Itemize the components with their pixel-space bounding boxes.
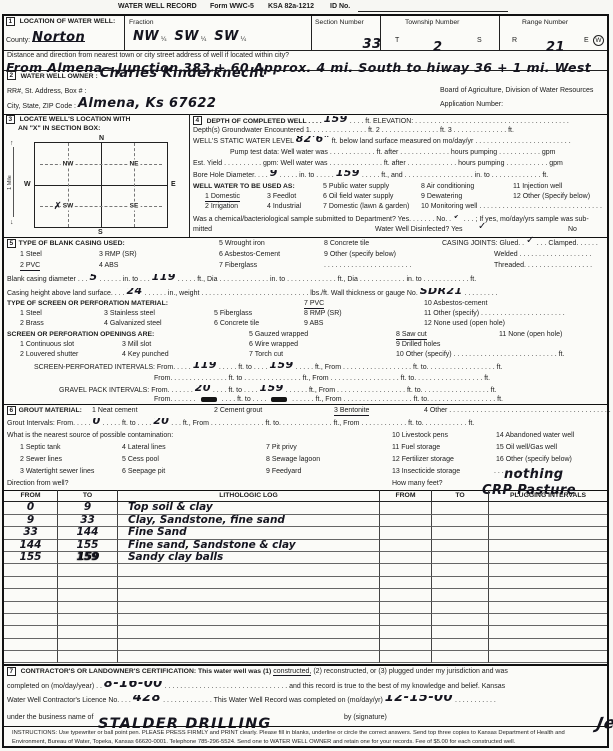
direction-row: Direction from well? How many feet? CRP …: [4, 479, 607, 490]
range-label: Range Number: [522, 18, 568, 27]
id-number-blank: [358, 4, 508, 12]
distance-row: Distance and direction from nearest town…: [4, 50, 607, 71]
option-oil-gas-well: 15 Oil well/Gas well: [496, 443, 557, 452]
page-title: WATER WELL RECORD: [118, 2, 197, 11]
screen-intervals-suffix: . . . . . ft., From . . . . . . . . . . …: [296, 364, 503, 371]
section-number-cell: Section Number 33: [312, 16, 381, 50]
city-state-zip-label: City, State, ZIP Code :: [7, 103, 76, 110]
south-label: S: [98, 228, 103, 237]
section-1-number: 1: [6, 17, 15, 26]
option-concrete-tile: 8 Concrete tile: [324, 239, 369, 248]
table-header: FROM: [380, 490, 432, 502]
contamination-question: What is the nearest source of possible c…: [7, 431, 173, 440]
instructions-footer: INSTRUCTIONS: Use typewriter or ball poi…: [4, 726, 607, 749]
grout-intervals-suffix: . . . ft., From . . . . . . . . . . . . …: [171, 420, 474, 427]
gravel-pack-mid: . . . . ft. to . . . .: [213, 387, 258, 394]
plugging-cell: [489, 651, 607, 663]
certification-title: CONTRACTOR'S OR LANDOWNER'S CERTIFICATIO…: [21, 668, 272, 675]
range-cell: Range Number R 21 E W: [500, 16, 607, 50]
plugging-fromto-cell: [380, 651, 432, 663]
casing-height-value: 24: [126, 288, 142, 294]
plugging-fromto-cell: [380, 602, 432, 614]
option-abandoned-well: 14 Abandoned water well: [496, 431, 574, 440]
lith-cell: [118, 614, 380, 626]
township-t-label: T: [395, 36, 399, 45]
lith-cell: 144: [58, 527, 118, 539]
elevation-label: . . . . ft. ELEVATION: . . . . . . . . .…: [350, 118, 569, 125]
bore-hole-mid: . . . . . in. to . . . . .: [280, 172, 334, 179]
option-none-screen: 12 None used (open hole): [424, 319, 505, 328]
section-7-certification: 7 CONTRACTOR'S OR LANDOWNER'S CERTIFICAT…: [4, 664, 607, 726]
fraction-2-value: SW: [174, 33, 199, 40]
sw-quadrant-label: SW: [61, 202, 75, 211]
option-asbestos-cement: 6 Asbestos-Cement: [219, 250, 280, 259]
screen-material-row3: 2 Brass 4 Galvanized steel 6 Concrete ti…: [4, 319, 607, 329]
plugging-cell: [489, 589, 607, 601]
plugging-fromto-cell: [380, 626, 432, 638]
application-number-label: Application Number:: [440, 101, 503, 108]
lith-cell: [118, 639, 380, 651]
gravel-pack-row2-a: From. . . . . . .: [154, 396, 196, 403]
plugging-fromto-cell: [432, 577, 489, 589]
bore-diameter-value: 9: [270, 170, 278, 176]
grout-intervals-label: Grout Intervals: From. . . . .: [7, 420, 91, 427]
screen-material-row2: 1 Steel 3 Stainless steel 5 Fiberglass 8…: [4, 309, 607, 319]
lith-cell: 9: [58, 502, 118, 514]
dashed-line: [40, 164, 161, 165]
plugging-cell: [489, 626, 607, 638]
bore-hole-suffix: . . . . . ft., and . . . . . . . . . . .…: [362, 172, 548, 179]
gravel-pack-row2-b: . . . . ft. to . . . .: [222, 396, 267, 403]
openings-row1: SCREEN OR PERFORATION OPENINGS ARE: 5 Ga…: [4, 330, 607, 340]
plugging-cell: [489, 552, 607, 564]
form-body: 1 LOCATION OF WATER WELL: County: Norton…: [2, 14, 609, 748]
option-sewage-lagoon: 8 Sewage lagoon: [266, 455, 320, 464]
se-quadrant-label: SE: [128, 202, 141, 211]
contamination-row3: 2 Sewer lines 5 Cess pool 8 Sewage lagoo…: [4, 455, 607, 466]
option-pvc-screen-selected: 7 PVC: [304, 299, 324, 309]
plugging-fromto-cell: [432, 589, 489, 601]
water-well-record-form: WATER WELL RECORD Form WWC-5 KSA 82a-121…: [0, 0, 613, 751]
city-state-zip-value: Almena, Ks 67622: [78, 100, 216, 107]
openings-row2: 1 Continuous slot 3 Mill slot 6 Wire wra…: [4, 340, 607, 350]
plugging-fromto-cell: [380, 577, 432, 589]
township-s-label: S: [477, 36, 482, 45]
option-monitoring-well: 10 Monitoring well . . . . . . . . . . .…: [421, 202, 602, 211]
option-mill-slot: 3 Mill slot: [122, 340, 151, 349]
option-seepage-pit: 6 Seepage pit: [122, 467, 165, 476]
lith-cell: [4, 602, 58, 614]
gravel-pack-from-value: 20: [195, 385, 211, 391]
contamination-row2: 1 Septic tank 4 Lateral lines 7 Pit priv…: [4, 443, 607, 454]
option-irrigation: 2 Irrigation: [205, 202, 238, 211]
plugging-fromto-cell: [380, 527, 432, 539]
owner-label: WATER WELL OWNER :: [21, 73, 98, 80]
screen-material-row1: TYPE OF SCREEN OR PERFORATION MATERIAL: …: [4, 299, 607, 309]
licence-number-label: Water Well Contractor's Licence No. . . …: [7, 697, 131, 704]
plugging-fromto-cell: [432, 502, 489, 514]
section-4-depth: 4 DEPTH OF COMPLETED WELL . . . . 159 . …: [190, 114, 607, 237]
static-level-value: 82'6": [296, 136, 330, 142]
option-insecticide-storage: 13 Insecticide storage: [392, 467, 460, 476]
lith-cell: [58, 577, 118, 589]
option-watertight-sewer: 3 Watertight sewer lines: [20, 467, 94, 476]
option-domestic-selected: 1 Domestic: [205, 192, 240, 202]
section-3-locate: 3 LOCATE WELL'S LOCATION WITH AN "X" IN …: [4, 114, 190, 237]
lith-cell: [4, 577, 58, 589]
id-number-label: ID No.: [330, 2, 350, 11]
option-pvc-casing-selected: 2 PVC: [20, 261, 40, 271]
gravel-pack-suffix: . . . . . . ft., From . . . . . . . . . …: [286, 387, 497, 394]
option-wrought-iron: 5 Wrought iron: [219, 239, 265, 248]
blank-casing-mid: . . . . . . in. to . . .: [100, 276, 150, 283]
screen-material-title: TYPE OF SCREEN OR PERFORATION MATERIAL:: [7, 299, 168, 308]
lith-cell: [4, 651, 58, 663]
nw-quadrant-label: NW: [61, 160, 76, 169]
section-3-number: 3: [6, 115, 15, 124]
option-gauzed-wrapped: 5 Gauzed wrapped: [249, 330, 308, 339]
signature-label: by (signature): [344, 713, 387, 722]
certification-line2-cont: . . . . . . . . . . . . . . . . . . . . …: [165, 683, 505, 690]
lith-cell: [4, 614, 58, 626]
section-5-number: 5: [7, 239, 16, 248]
contamination-row1: What is the nearest source of possible c…: [4, 431, 607, 442]
plugging-fromto-cell: [432, 552, 489, 564]
fraction-label: Fraction: [129, 18, 154, 27]
bore-depth-value: 159: [336, 170, 360, 176]
township-cell: Township Number T 2 S: [381, 16, 500, 50]
section-number-label: Section Number: [315, 18, 364, 27]
plugging-fromto-cell: [432, 651, 489, 663]
option-cement-grout: 2 Cement grout: [214, 406, 262, 415]
range-e-label: E: [584, 36, 589, 45]
licence-number-value: 428: [133, 695, 161, 701]
option-cess-pool: 5 Cess pool: [122, 455, 159, 464]
option-feedyard: 9 Feedyard: [266, 467, 301, 476]
lith-cell: [118, 602, 380, 614]
openings-title: SCREEN OR PERFORATION OPENINGS ARE:: [7, 330, 154, 339]
other-casing-blank: . . . . . . . . . . . . . . . . . . . . …: [324, 261, 412, 270]
plugging-fromto-cell: [432, 527, 489, 539]
plugging-fromto-cell: [380, 540, 432, 552]
option-fuel-storage: 11 Fuel storage: [392, 443, 440, 452]
groundwater-line: Depth(s) Groundwater Encountered 1. . . …: [193, 127, 514, 134]
option-steel-casing: 1 Steel: [20, 250, 42, 259]
lith-cell: 155: [4, 552, 58, 564]
ksa-statute: KSA 82a-1212: [268, 2, 314, 11]
casing-height-mid: . . . . . . in., weight . . . . . . . . …: [145, 290, 418, 297]
casing-row1: 5TYPE OF BLANK CASING USED: 5 Wrought ir…: [4, 239, 607, 250]
plugging-cell: [489, 577, 607, 589]
used-as-row2: 1 Domestic 3 Feedlot 6 Oil field water s…: [190, 192, 607, 202]
checkmark-icon: ✓: [478, 223, 487, 230]
completed-on-label: completed on (mo/day/year) . .: [7, 683, 102, 690]
blank-casing-label: Blank casing diameter . . .: [7, 276, 88, 283]
gravel-pack-to-value: 159: [260, 385, 284, 391]
scribble-mark: [201, 397, 217, 402]
casing-joints-welded-label: Welded . . . . . . . . . . . . . . . . .…: [494, 250, 592, 259]
option-rmp-screen: 8 RMP (SR): [304, 309, 342, 318]
casing-height-suffix: . . . . . . . . .: [465, 290, 498, 297]
option-other-opening: 10 Other (specify) . . . . . . . . . . .…: [396, 350, 564, 359]
lithologic-log-section: FROMTOLITHOLOGIC LOGFROMTOPLUGGING INTER…: [4, 490, 607, 666]
option-torch-cut: 7 Torch cut: [249, 350, 283, 359]
county-cell: 1 LOCATION OF WATER WELL: County: Norton: [4, 16, 125, 50]
option-concrete-screen: 6 Concrete tile: [214, 319, 259, 328]
option-lateral-lines: 4 Lateral lines: [122, 443, 166, 452]
range-r-label: R: [512, 36, 517, 45]
section-box-square: NW NE SW SE ✗: [34, 142, 168, 228]
used-as-row3: 2 Irrigation 4 Industrial 7 Domestic (la…: [190, 202, 607, 212]
blank-casing-diameter-value: 5: [90, 274, 98, 280]
lith-cell: [58, 564, 118, 576]
option-dewatering: 9 Dewatering: [421, 192, 462, 201]
option-other-contamination: 16 Other (specify below): [496, 455, 572, 464]
used-as-title: WELL WATER TO BE USED AS:: [193, 182, 295, 191]
option-air-conditioning: 8 Air conditioning: [421, 182, 474, 191]
option-stainless-screen: 3 Stainless steel: [104, 309, 155, 318]
bore-hole-label: Bore Hole Diameter. . . .: [193, 172, 268, 179]
gravel-pack-label: GRAVEL PACK INTERVALS: From. . . . . . .: [59, 387, 193, 394]
instructions-line1: INSTRUCTIONS: Use typewriter or ball poi…: [12, 729, 599, 738]
option-other-casing: 9 Other (specify below): [324, 250, 396, 259]
form-header: WATER WELL RECORD Form WWC-5 KSA 82a-121…: [0, 2, 613, 14]
blank-casing-suffix: . . . . . ft., Dia . . . . . . . . . . .…: [178, 276, 476, 283]
chem-sample-question: Was a chemical/bacteriological sample su…: [193, 216, 451, 223]
dashed-line: [68, 143, 69, 227]
option-drilled-holes: 9 Drilled holes: [396, 340, 440, 349]
blank-casing-depth-value: 119: [152, 274, 176, 280]
casing-row3: 2 PVC 4 ABS 7 Fiberglass . . . . . . . .…: [4, 261, 607, 272]
option-other-use: 12 Other (Specify below): [513, 192, 590, 201]
section-6-grout: 6GROUT MATERIAL: 1 Neat cement 2 Cement …: [4, 404, 607, 491]
plugging-fromto-cell: [432, 602, 489, 614]
plugging-fromto-cell: [432, 626, 489, 638]
option-key-punched: 4 Key punched: [122, 350, 169, 359]
option-domestic-lawn: 7 Domestic (lawn & garden): [323, 202, 409, 211]
mile-label: 1 Mile: [6, 175, 15, 190]
lith-cell: [118, 651, 380, 663]
lith-cell: Top soil & clay: [118, 502, 380, 514]
lith-cell: [118, 626, 380, 638]
plugging-cell: [489, 602, 607, 614]
option-none-open-hole: 11 None (open hole): [499, 330, 562, 339]
lith-cell: [4, 639, 58, 651]
casing-row2: 1 Steel 3 RMP (SR) 6 Asbestos-Cement 9 O…: [4, 250, 607, 261]
ne-quadrant-label: NE: [127, 160, 140, 169]
section-7-number: 7: [7, 667, 16, 676]
option-feedlot: 3 Feedlot: [267, 192, 296, 201]
lith-cell: [58, 589, 118, 601]
instructions-line2: Environment, Bureau of Water, Topeka, Ka…: [12, 738, 599, 747]
lith-cell: [4, 589, 58, 601]
option-other-screen: 11 Other (specify) . . . . . . . . . . .…: [424, 309, 565, 318]
lith-cell: [58, 626, 118, 638]
option-continuous-slot: 1 Continuous slot: [20, 340, 74, 349]
county-value: Norton: [32, 34, 85, 42]
quarter-glyph: ¼: [241, 36, 246, 43]
option-saw-cut-selected: 8 Saw cut: [396, 330, 427, 340]
board-of-agriculture-text: Board of Agriculture, Division of Water …: [440, 87, 593, 94]
screen-interval-to-value: 159: [269, 362, 293, 368]
casing-height-label: Casing height above land surface. . . .: [7, 290, 125, 297]
fraction-1-value: NW: [133, 33, 159, 40]
section-2-number: 2: [7, 71, 16, 80]
option-abs-screen: 9 ABS: [304, 319, 323, 328]
township-label: Township Number: [405, 18, 459, 27]
disinfected-row: mitted Water Well Disinfected? Yes ✓ No: [190, 225, 607, 235]
form-number: Form WWC-5: [210, 2, 254, 11]
mile-arrow-down: ↓: [10, 218, 14, 227]
section-6-number: 6: [7, 406, 16, 415]
lith-cell: [118, 564, 380, 576]
grout-intervals-mid: . . . . . ft. to . . . .: [103, 420, 152, 427]
section-1-location: 1 LOCATION OF WATER WELL: County: Norton…: [4, 16, 607, 51]
chem-sample-mitted: mitted: [193, 225, 212, 234]
section-box-diagram: N S W E ↑ 1 Mile ↓ NW: [4, 134, 189, 237]
option-fertilizer-storage: 12 Fertilizer storage: [392, 455, 454, 464]
used-as-row1: WELL WATER TO BE USED AS: 5 Public water…: [190, 182, 607, 192]
option-abs-casing: 4 ABS: [99, 261, 118, 270]
option-oil-field: 6 Oil field water supply: [323, 192, 393, 201]
lith-cell: [58, 651, 118, 663]
scribble-mark: [271, 397, 287, 402]
dashed-line: [134, 143, 135, 227]
plugging-fromto-cell: [380, 552, 432, 564]
disinfected-no-label: No: [568, 225, 577, 234]
section-6-title: GROUT MATERIAL:: [19, 407, 82, 414]
contamination-other-value: nothing: [504, 471, 563, 478]
constructed-selected: constructed,: [273, 668, 311, 676]
disinfected-label: Water Well Disinfected? Yes: [375, 225, 463, 234]
lith-cell: [58, 602, 118, 614]
direction-from-well-label: Direction from well?: [7, 479, 68, 488]
section-4-number: 4: [193, 116, 202, 125]
lith-cell: Sandy clay balls: [118, 552, 380, 564]
section-number-value: 33: [363, 41, 382, 48]
owner-value: Charles Kinderknecht: [100, 70, 266, 77]
lith-cell: [4, 626, 58, 638]
depth-value: 159: [324, 116, 348, 122]
option-steel-screen: 1 Steel: [20, 309, 42, 318]
section-3-title-line2: AN "X" IN SECTION BOX:: [18, 124, 100, 133]
pump-test-line: Pump test data: Well water was . . . . .…: [230, 149, 555, 156]
option-industrial: 4 Industrial: [267, 202, 301, 211]
screen-intervals-mid: . . . . . ft. to . . . .: [219, 364, 268, 371]
section-2-owner: 2 WATER WELL OWNER : Charles Kinderknech…: [4, 70, 607, 115]
option-pit-privy: 7 Pit privy: [266, 443, 297, 452]
certification-line1-cont: (2) reconstructed, or (3) plugged under …: [313, 668, 508, 675]
plugging-fromto-cell: [380, 639, 432, 651]
distance-label: Distance and direction from nearest town…: [7, 51, 289, 60]
plugging-fromto-cell: [380, 515, 432, 527]
gravel-pack-row2-c: . . . . . . ft., From . . . . . . . . . …: [292, 396, 503, 403]
fraction-3-value: SW: [214, 33, 239, 40]
how-many-feet-label: How many feet?: [392, 479, 443, 488]
checkmark-icon: ✓: [453, 215, 462, 220]
grout-to-value: 20: [153, 418, 169, 424]
option-fiberglass-screen: 5 Fiberglass: [214, 309, 252, 318]
business-signature-row: under the business name of STALDER DRILL…: [4, 708, 607, 726]
lith-cell: 159: [58, 552, 118, 564]
plugging-cell: [489, 540, 607, 552]
casing-joints-clamped-label: . . . Clamped. . . . . .: [537, 240, 598, 247]
grout-from-value: 0: [93, 418, 101, 424]
record-date-value: 12-15-00: [385, 695, 453, 701]
section-1-title: LOCATION OF WATER WELL:: [20, 18, 116, 25]
option-sewer-lines: 2 Sewer lines: [20, 455, 62, 464]
plugging-cell: [489, 502, 607, 514]
signature-value: Jerry L Stalder: [596, 712, 613, 727]
range-w-circled: W: [593, 35, 604, 46]
address-label: RR#, St. Address, Box # :: [7, 87, 86, 96]
gauge-number-value: SDR21: [420, 288, 463, 294]
section-5-casing: 5TYPE OF BLANK CASING USED: 5 Wrought ir…: [4, 237, 607, 405]
plugging-fromto-cell: [432, 639, 489, 651]
lith-cell: [58, 639, 118, 651]
plugging-fromto-cell: [380, 589, 432, 601]
option-galvanized-screen: 4 Galvanized steel: [104, 319, 162, 328]
screen-intervals-row2: From. . . . . . . . . . . . . . . ft. to…: [154, 375, 490, 382]
section-5-title: TYPE OF BLANK CASING USED:: [19, 240, 125, 247]
option-asbestos-screen: 10 Asbestos-cement: [424, 299, 487, 308]
completion-date-value: 8-16-00: [104, 681, 163, 687]
fraction-cell: Fraction NW ¼ SW ¼ SW ¼: [125, 16, 312, 50]
quarter-glyph: ¼: [201, 36, 206, 43]
option-rmp-casing: 3 RMP (SR): [99, 250, 137, 259]
lith-cell: [118, 589, 380, 601]
option-louvered-shutter: 2 Louvered shutter: [20, 350, 78, 359]
static-level-label: WELL'S STATIC WATER LEVEL: [193, 138, 294, 145]
plugging-fromto-cell: [432, 515, 489, 527]
section-3-title-line1: LOCATE WELL'S LOCATION WITH: [20, 116, 131, 123]
grout-row1: 6GROUT MATERIAL: 1 Neat cement 2 Cement …: [4, 406, 607, 417]
business-name-label: under the business name of: [7, 713, 93, 722]
casing-joints-threaded-label: Threaded. . . . . . . . . . . . . . . . …: [494, 261, 592, 270]
section-3-4-row: 3 LOCATE WELL'S LOCATION WITH AN "X" IN …: [4, 114, 607, 238]
lithologic-table: FROMTOLITHOLOGIC LOGFROMTOPLUGGING INTER…: [4, 490, 607, 664]
quarter-glyph: ¼: [161, 36, 166, 43]
section-box-mid-horizontal: [35, 185, 167, 186]
depth-label: DEPTH OF COMPLETED WELL . . . .: [207, 118, 322, 125]
plugging-cell: [489, 515, 607, 527]
checkmark-icon: ✓: [526, 237, 535, 244]
lith-cell: 33: [4, 527, 58, 539]
option-other-grout: 4 Other . . . . . . . . . . . . . . . . …: [424, 406, 613, 415]
table-header: PLUGGING INTERVALS: [489, 490, 607, 502]
record-completed-label: . . . . . . . . . . . . . This Water Wel…: [163, 697, 383, 704]
plugging-cell: [489, 639, 607, 651]
plugging-fromto-cell: [432, 564, 489, 576]
casing-joints-glued-label: CASING JOINTS: Glued. .: [442, 240, 524, 247]
est-yield-line: Est. Yield . . . . . . . . . . gpm: Well…: [193, 160, 563, 167]
lith-cell: [4, 564, 58, 576]
well-location-x-mark: ✗: [53, 203, 62, 210]
plugging-cell: [489, 527, 607, 539]
plugging-fromto-cell: [380, 564, 432, 576]
option-neat-cement: 1 Neat cement: [92, 406, 138, 415]
option-injection-well: 11 Injection well: [513, 182, 562, 191]
option-bentonite-selected: 3 Bentonite: [334, 406, 369, 416]
option-brass-screen: 2 Brass: [20, 319, 44, 328]
screen-intervals-label: SCREEN-PERFORATED INTERVALS: From. . . .…: [34, 364, 191, 371]
plugging-fromto-cell: [432, 540, 489, 552]
plugging-fromto-cell: [380, 502, 432, 514]
screen-interval-from-value: 119: [193, 362, 217, 368]
east-label: E: [171, 180, 176, 189]
plugging-cell: [489, 614, 607, 626]
contamination-row4: 3 Watertight sewer lines 6 Seepage pit 9…: [4, 467, 607, 478]
